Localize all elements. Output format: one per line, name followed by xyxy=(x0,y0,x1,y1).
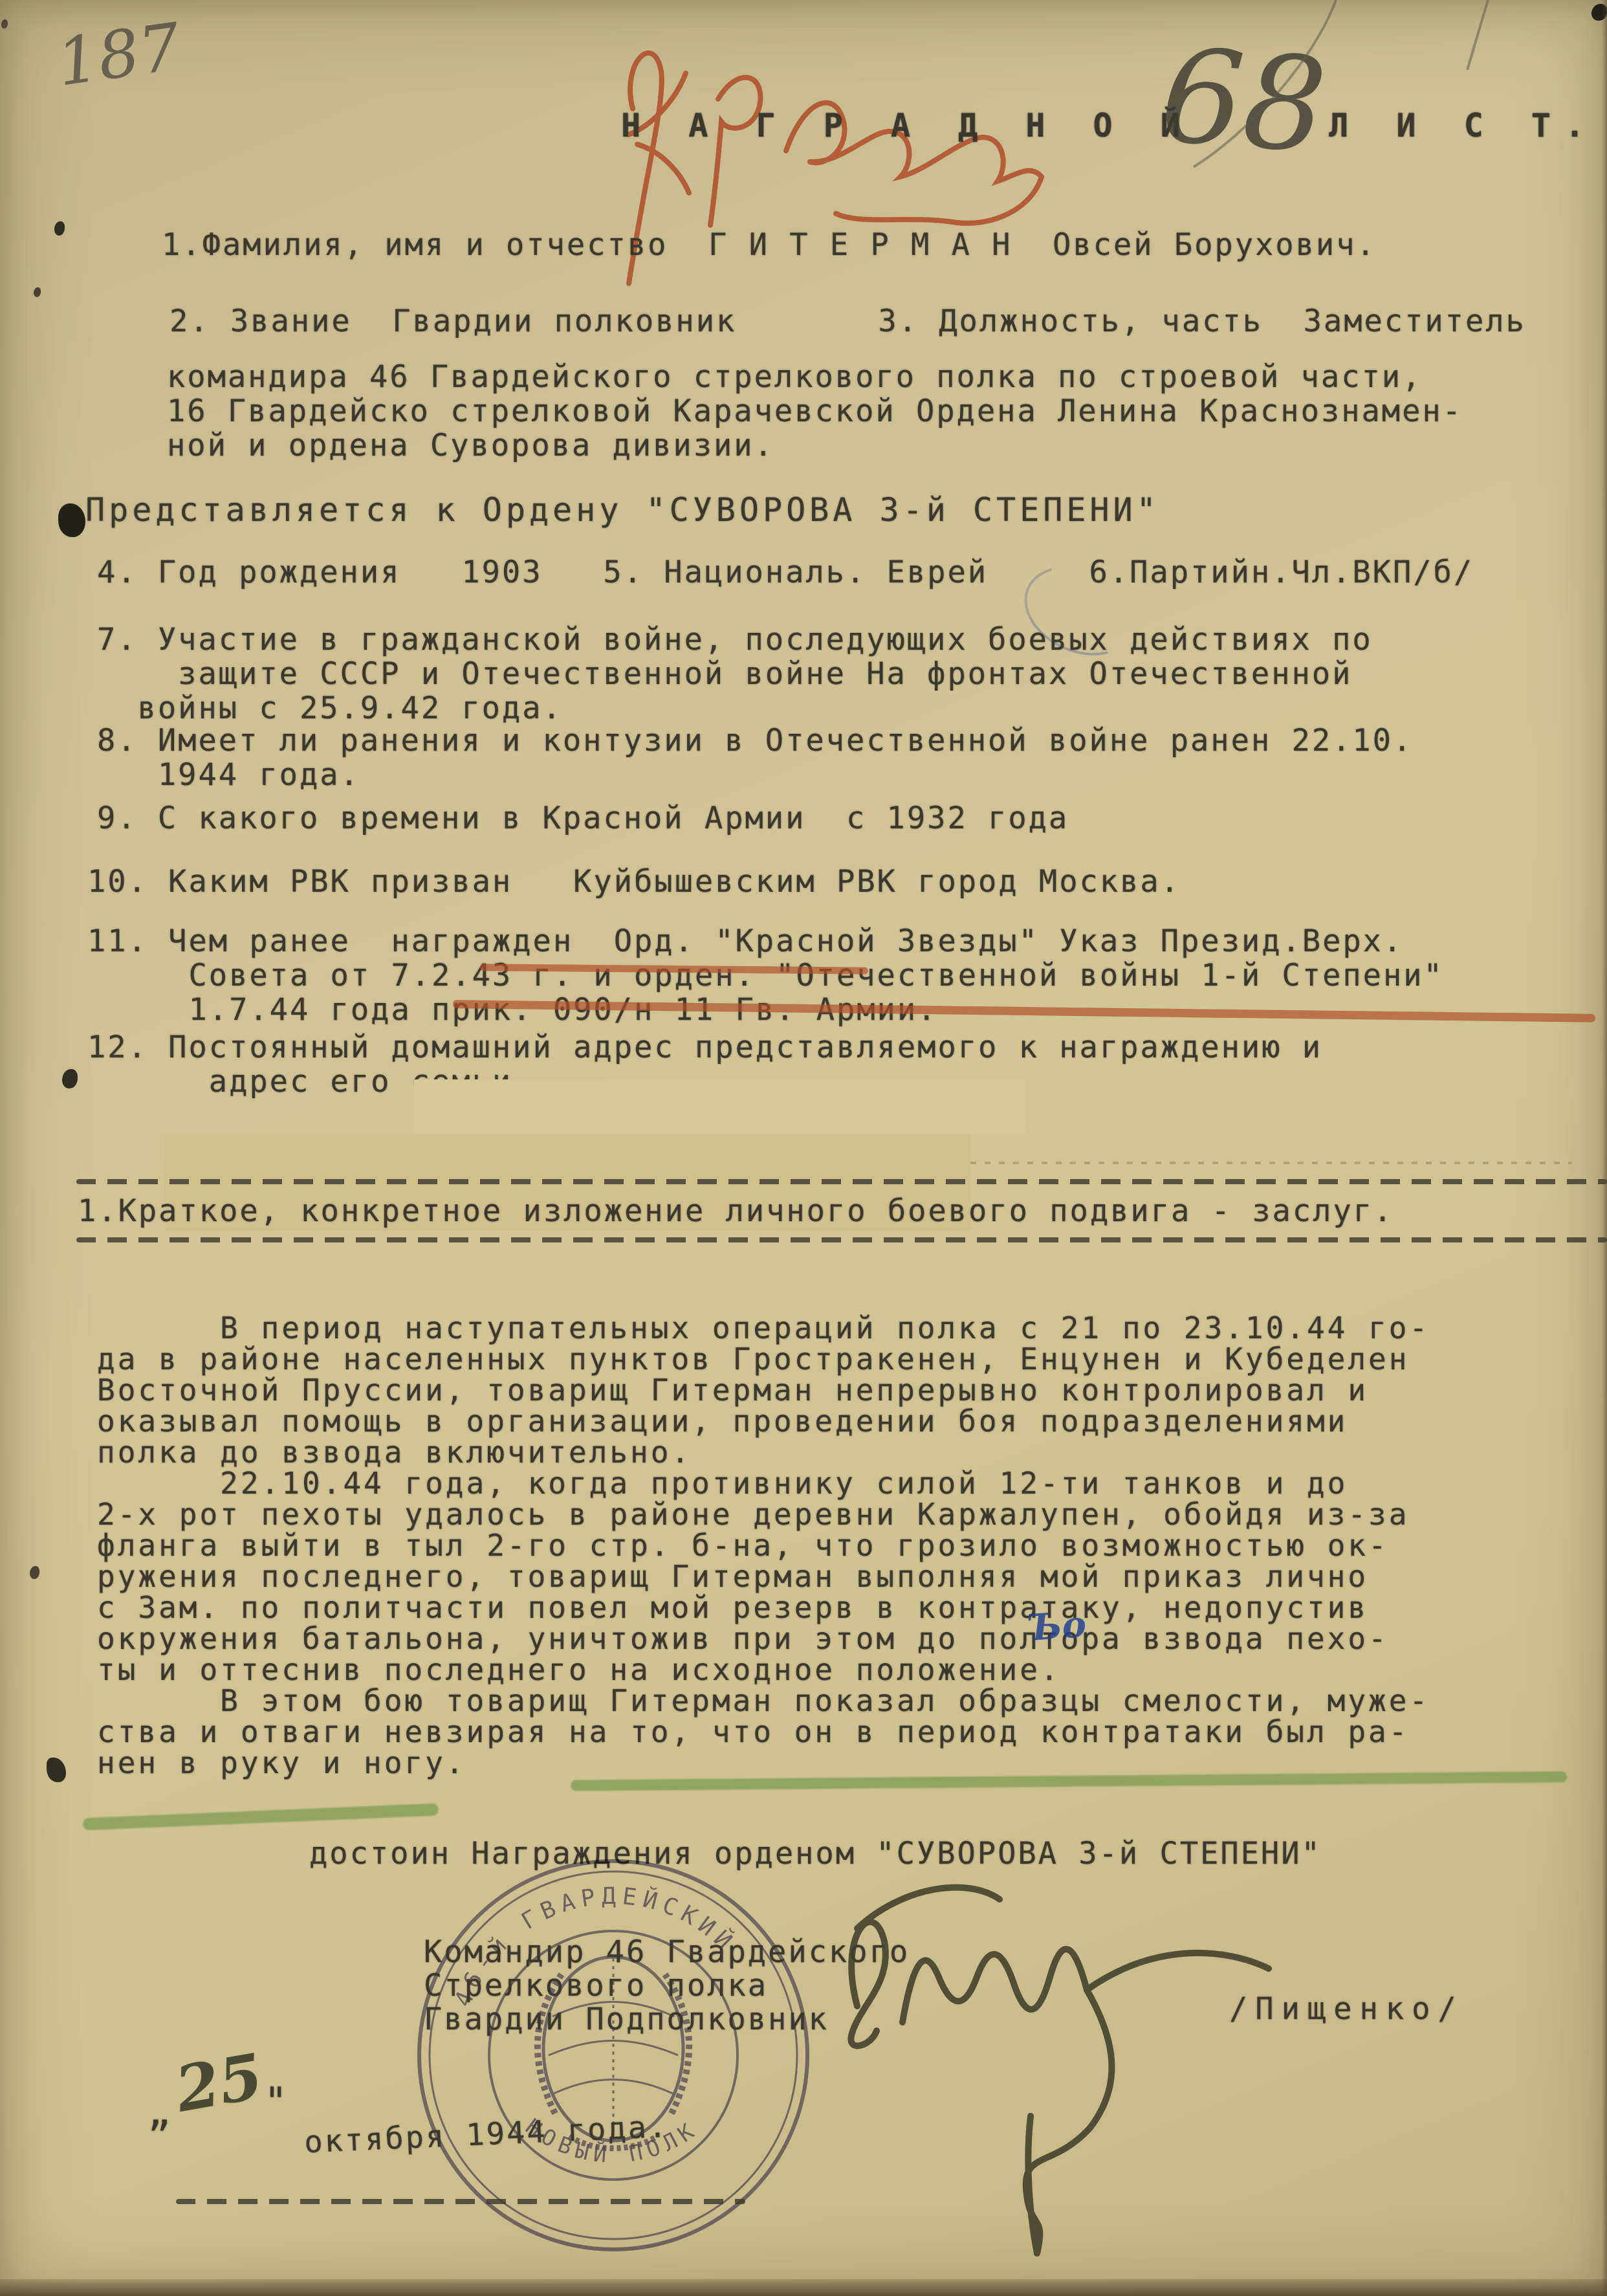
field-rank-position-rest: командира 46 Гвардейского стрелкового по… xyxy=(167,360,1463,463)
right-scan-edge xyxy=(1602,0,1607,2296)
combat-description: В период наступательных операций полка с… xyxy=(97,1312,1430,1778)
signature-autograph xyxy=(812,1851,1329,2265)
signature-autograph-strokes xyxy=(812,1851,1329,2265)
section2-heading: 1.Краткое, конкретное изложение личного … xyxy=(78,1194,1394,1228)
dashed-rule-bottom xyxy=(76,1237,1607,1242)
signature-line3: Гвардии Подполковник xyxy=(424,2002,829,2037)
pencil-number-topleft: 187 xyxy=(52,8,185,100)
field-birth-nationality-party: 4. Год рождения 1903 5. Националь. Еврей… xyxy=(97,555,1474,590)
dashed-rule-top xyxy=(76,1179,1607,1184)
award-sheet-page: 187 Н А Г Р А Д Н О Й Л И С Т. 68 xyxy=(0,0,1607,2296)
corner-mark-topleft xyxy=(1,19,8,28)
unit-stamp-graphic: 46-й ГВАРДЕЙСКИЙ НОВЫЙ ПОЛК xyxy=(400,1842,827,2269)
field-name: 1.Фамилия, имя и отчество Г И Т Е Р М А … xyxy=(162,228,1377,262)
paper-hole-3 xyxy=(58,503,85,537)
field-army-since: 9. С какого времени в Красной Армии с 19… xyxy=(97,801,1069,835)
unit-stamp: 46-й ГВАРДЕЙСКИЙ НОВЫЙ ПОЛК xyxy=(400,1842,827,2269)
blue-ink-correction: Ъо xyxy=(1026,1603,1088,1650)
field-presented-for: Представляется к Ордену "СУВОРОВА 3-й СТ… xyxy=(85,493,1160,527)
paper-hole-6 xyxy=(47,1758,66,1782)
green-underline-left xyxy=(83,1803,439,1830)
pencil-strokes xyxy=(1164,0,1527,181)
bottom-scan-edge xyxy=(0,2279,1607,2296)
paper-hole-1 xyxy=(54,221,65,236)
field-war-participation: 7. Участие в гражданской войне, последую… xyxy=(97,623,1373,725)
paper-hole-2 xyxy=(34,287,41,297)
field-drafted-by: 10. Каким РВК призван Куйбышевским РВК г… xyxy=(87,865,1181,899)
signature-line2: Стрелкового полка xyxy=(424,1969,768,2003)
field-rank-position-line1: 2. Звание Гвардии полковник 3. Должность… xyxy=(169,304,1526,338)
redaction-block-1 xyxy=(414,1079,1025,1141)
bottom-dashed-rule xyxy=(176,2199,745,2204)
faint-dotted-rule xyxy=(970,1162,1572,1164)
pencil-stray-strokes xyxy=(1164,0,1527,181)
date-day-handwritten: 25 xyxy=(170,2039,268,2126)
field-wounds: 8. Имеет ли ранения и контузии в Отечест… xyxy=(97,723,1413,792)
paper-hole-4 xyxy=(62,1069,78,1088)
date-quote-close: " xyxy=(264,2085,289,2119)
date-quote-open: „ xyxy=(148,2095,173,2130)
paper-hole-5 xyxy=(30,1566,39,1579)
